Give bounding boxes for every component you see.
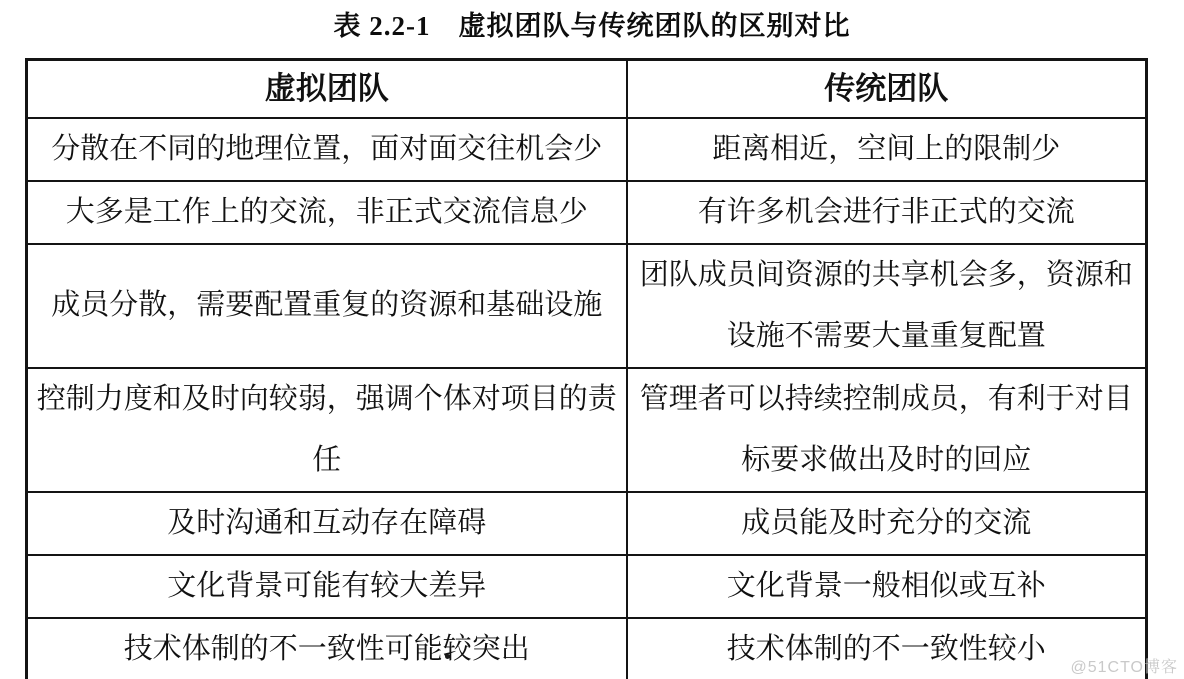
cell-virtual: 及时沟通和互动存在障碍	[27, 492, 627, 555]
cell-traditional: 距离相近，空间上的限制少	[627, 118, 1147, 181]
table-row: 及时沟通和互动存在障碍 成员能及时充分的交流	[27, 492, 1147, 555]
table-row: 分散在不同的地理位置，面对面交往机会少 距离相近，空间上的限制少	[27, 118, 1147, 181]
table-row: 技术体制的不一致性可能较突出 技术体制的不一致性较小	[27, 618, 1147, 679]
cell-virtual: 控制力度和及时向较弱，强调个体对项目的责任	[27, 368, 627, 492]
comparison-table: 虚拟团队 传统团队 分散在不同的地理位置，面对面交往机会少 距离相近，空间上的限…	[25, 58, 1148, 679]
cell-virtual: 文化背景可能有较大差异	[27, 555, 627, 618]
cell-virtual: 分散在不同的地理位置，面对面交往机会少	[27, 118, 627, 181]
table-row: 控制力度和及时向较弱，强调个体对项目的责任 管理者可以持续控制成员，有利于对目标…	[27, 368, 1147, 492]
table-caption: 表 2.2-1 虚拟团队与传统团队的区别对比	[0, 4, 1184, 43]
51cto-blog-watermark: @51CTO博客	[1070, 654, 1178, 677]
table-row: 文化背景可能有较大差异 文化背景一般相似或互补	[27, 555, 1147, 618]
cell-traditional: 技术体制的不一致性较小	[627, 618, 1147, 679]
cell-virtual: 成员分散，需要配置重复的资源和基础设施	[27, 244, 627, 368]
table-row: 成员分散，需要配置重复的资源和基础设施 团队成员间资源的共享机会多，资源和设施不…	[27, 244, 1147, 368]
header-traditional-team: 传统团队	[627, 60, 1147, 118]
cell-traditional: 成员能及时充分的交流	[627, 492, 1147, 555]
scan-artifact-dot	[445, 654, 450, 659]
cell-traditional: 文化背景一般相似或互补	[627, 555, 1147, 618]
cell-virtual: 技术体制的不一致性可能较突出	[27, 618, 627, 679]
table-header-row: 虚拟团队 传统团队	[27, 60, 1147, 118]
cell-traditional: 管理者可以持续控制成员，有利于对目标要求做出及时的回应	[627, 368, 1147, 492]
table-row: 大多是工作上的交流，非正式交流信息少 有许多机会进行非正式的交流	[27, 181, 1147, 244]
cell-traditional: 有许多机会进行非正式的交流	[627, 181, 1147, 244]
cell-traditional: 团队成员间资源的共享机会多，资源和设施不需要大量重复配置	[627, 244, 1147, 368]
cell-virtual: 大多是工作上的交流，非正式交流信息少	[27, 181, 627, 244]
header-virtual-team: 虚拟团队	[27, 60, 627, 118]
